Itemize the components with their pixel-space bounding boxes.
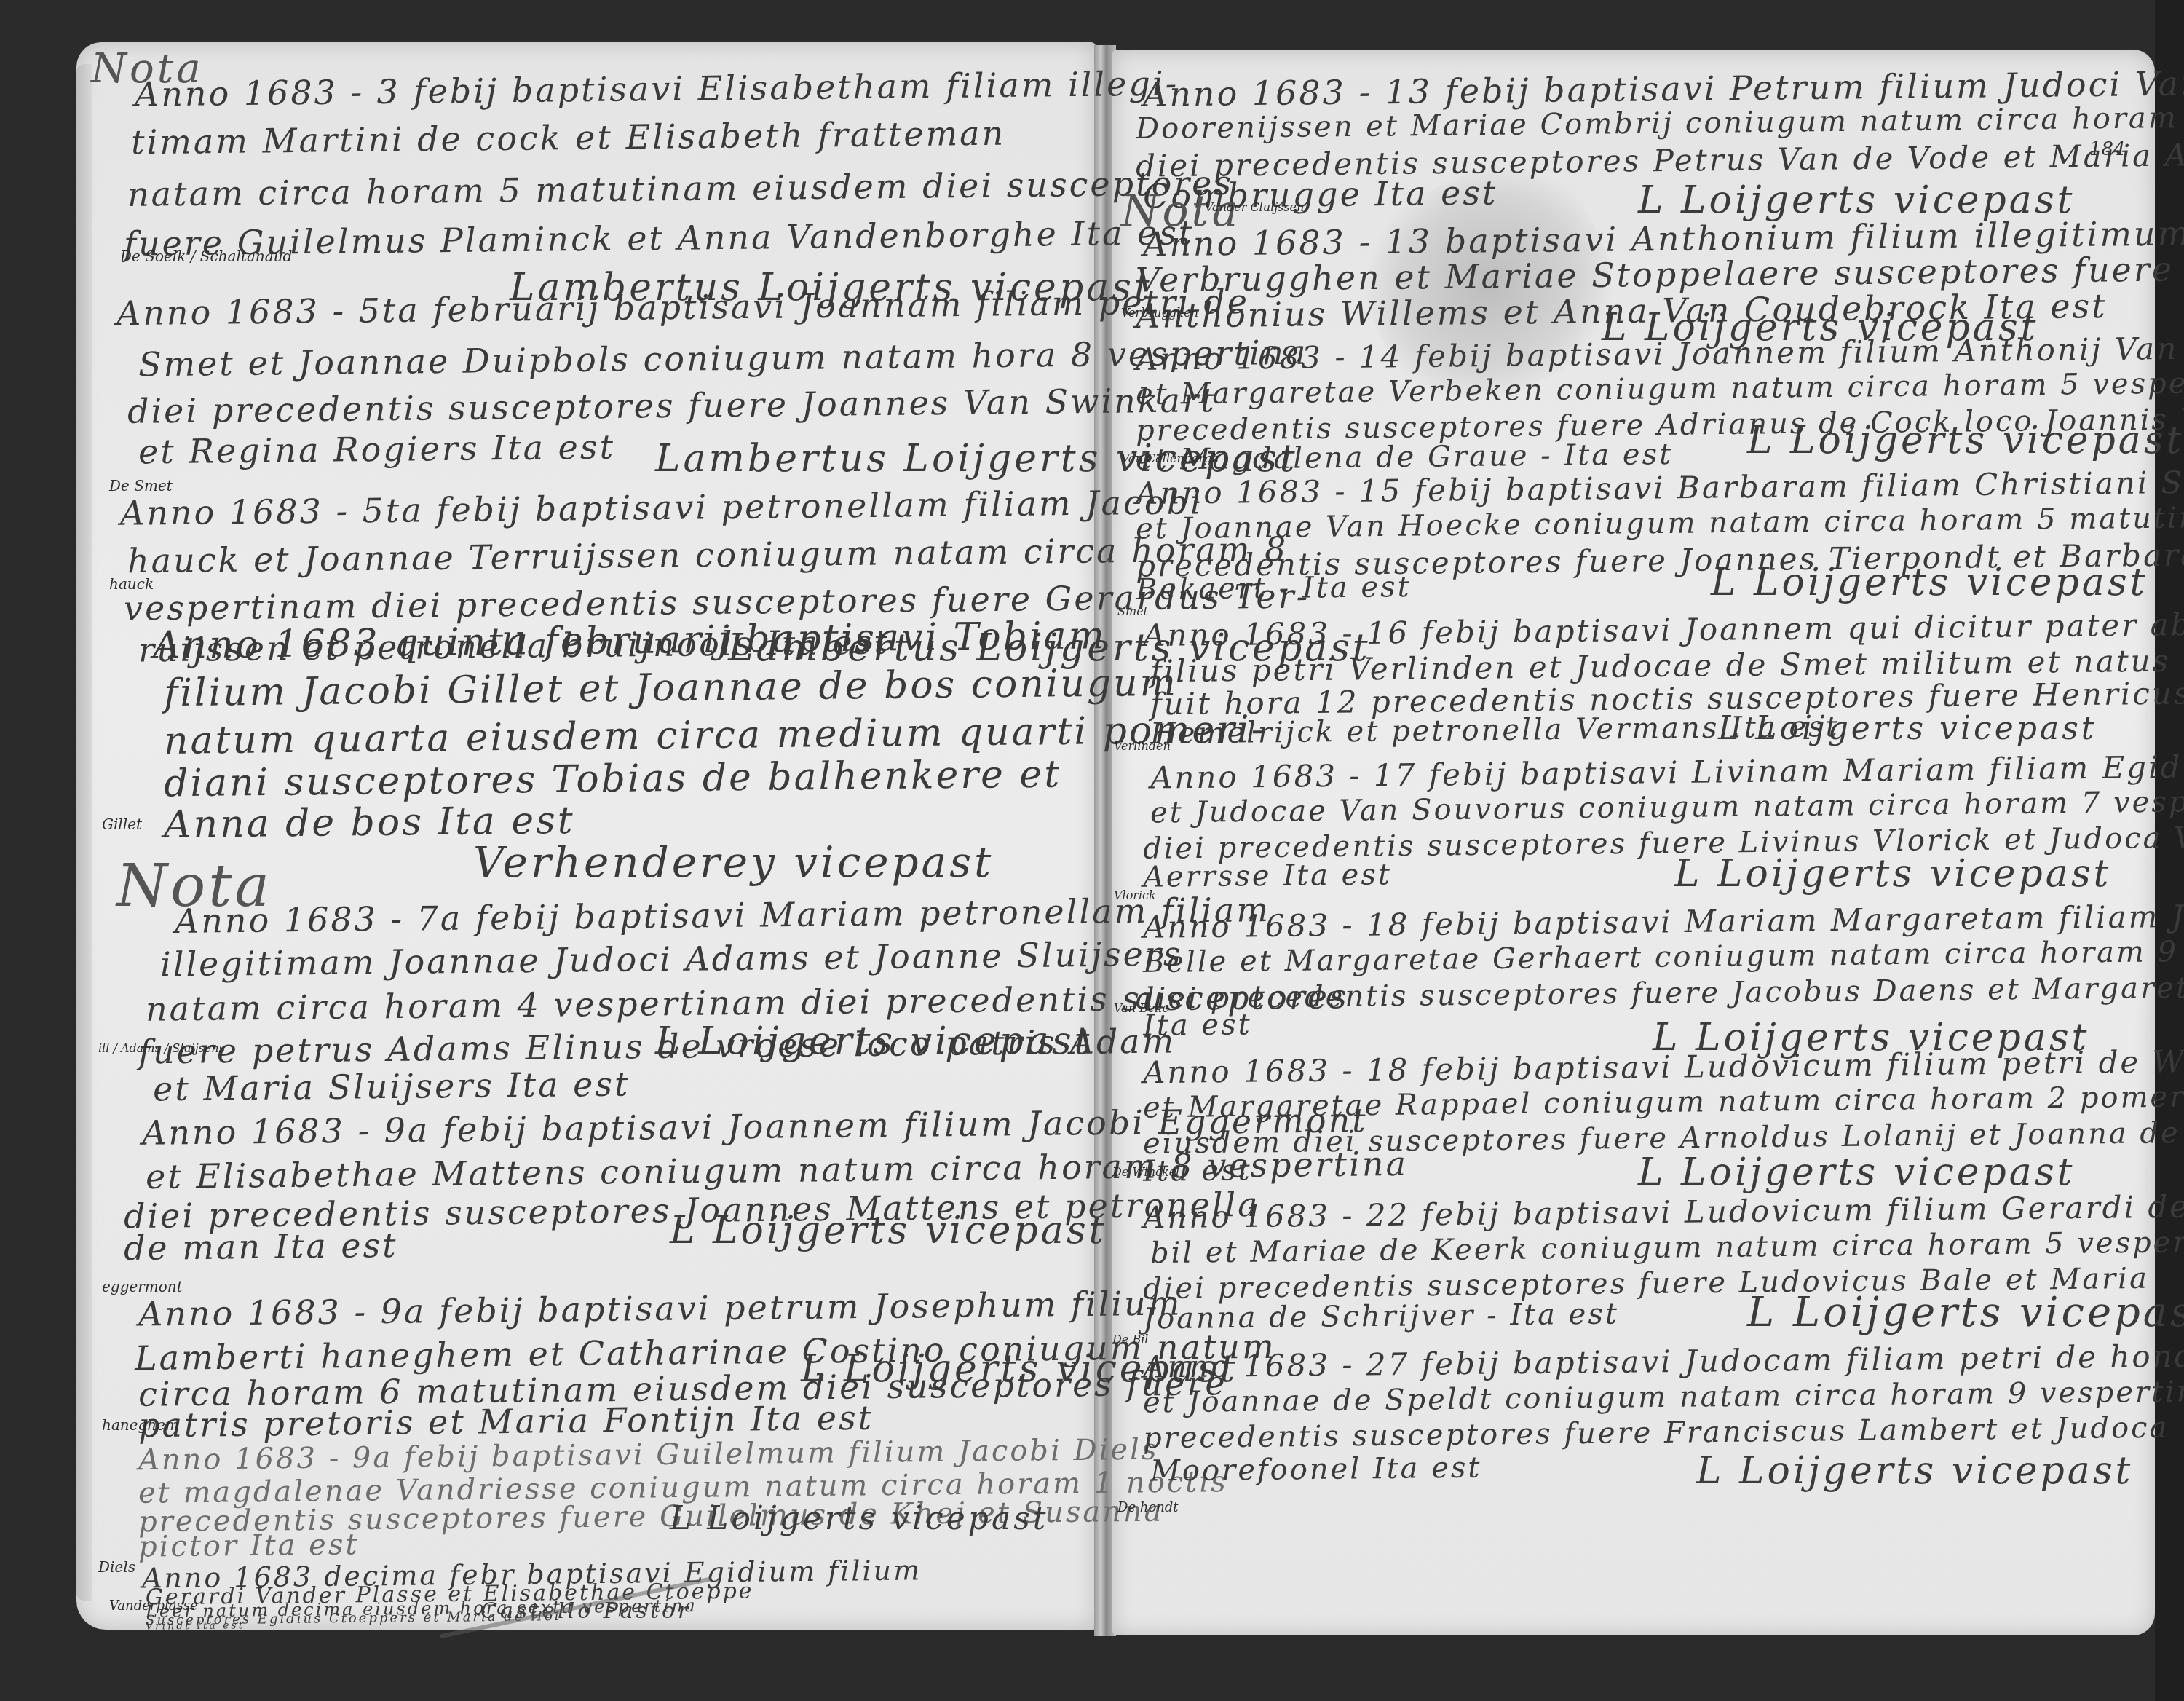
margin-note: Vlorick: [1114, 888, 1156, 902]
margin-note: De Winckel: [1112, 1165, 1179, 1179]
margin-note: De Bil: [1112, 1333, 1148, 1346]
entry-line: et Regina Rogiers Ita est: [138, 427, 615, 472]
margin-note: Vander Cluijssen: [1205, 200, 1304, 214]
vicar-signature: L Loijgerts vicepast: [670, 1500, 1048, 1537]
page-edge: [76, 64, 92, 1601]
entry-line: Aerrsse Ita est: [1143, 858, 1392, 894]
margin-note: haneghem: [102, 1416, 179, 1434]
vicar-signature: L Loijgerts vicepast: [1696, 1449, 2133, 1493]
entry-line: et Maria Sluijsers Ita est: [153, 1065, 630, 1109]
margin-note: Gillet: [102, 816, 142, 833]
vicar-signature: L Loijgerts vicepast: [1747, 1289, 2184, 1336]
vicar-signature: L Loijgerts vicepast: [670, 1209, 1107, 1252]
vicar-signature: L Loijgerts vicepast: [655, 1019, 1092, 1063]
margin-note: Van Callenbergh: [1121, 451, 1219, 465]
vicar-signature: L Loijgerts vicepast: [1638, 1151, 2075, 1194]
entry-line: Moorefoonel Ita est: [1150, 1451, 1482, 1488]
vicar-signature: Verhenderey vicepast: [473, 837, 994, 887]
margin-note: Van Belle: [1114, 1001, 1169, 1015]
margin-note: ill / Adams / Sluijsens: [98, 1041, 225, 1055]
margin-note: De Smet: [109, 477, 173, 494]
margin-note: Diels: [98, 1558, 135, 1576]
entry-line: de man Ita est: [124, 1226, 398, 1268]
entry-line: Vrindt Ita est: [146, 1619, 245, 1632]
margin-note: Verbrugghen: [1121, 306, 1198, 320]
entry-line: pictor Ita est: [138, 1528, 360, 1563]
margin-note: eggermont: [102, 1278, 183, 1295]
entry-line: Bekaert - Ita est: [1136, 570, 1412, 607]
margin-note: De Soelk / Schaltanaud: [120, 248, 292, 265]
margin-note: Verlinden: [1114, 739, 1171, 753]
entry-line: Joanna de Schrijver - Ita est: [1143, 1298, 1619, 1336]
vicar-signature: L Loijgerts vicepast: [1674, 852, 2111, 896]
vicar-signature: L Loijgerts vicepast: [1747, 419, 2184, 462]
margin-note: Smet: [1117, 604, 1148, 618]
bottom-margin-note: Vanderplasse: [109, 1598, 198, 1614]
vicar-signature: L Loijgerts vicepast: [1718, 710, 2097, 747]
margin-note: hauck: [109, 575, 154, 593]
bottom-margin-note: De hondt: [1117, 1500, 1179, 1515]
vicar-signature: L Loijgerts vicepast: [1711, 561, 2148, 604]
